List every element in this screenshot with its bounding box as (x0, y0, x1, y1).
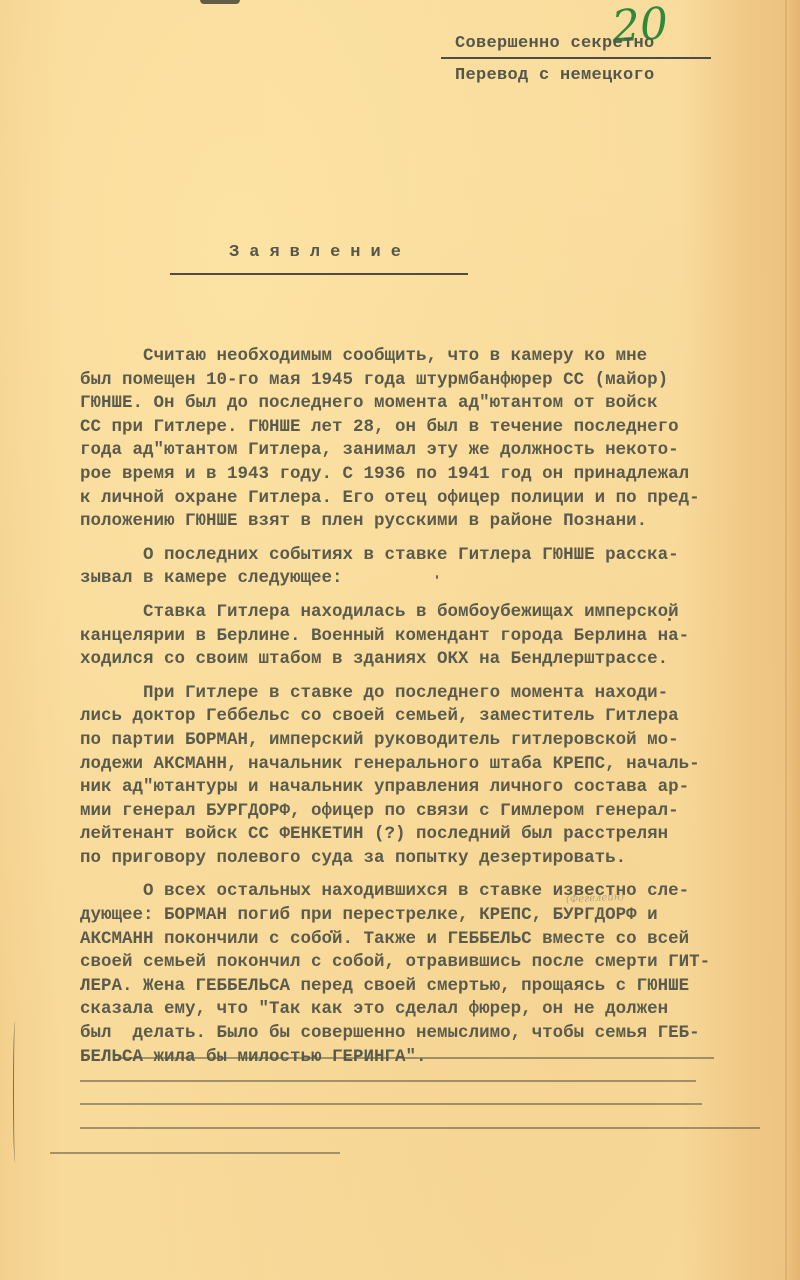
paragraph: О последних событиях в ставке Гитлера ГЮ… (80, 544, 795, 591)
paragraph: Ставка Гитлера находилась в бомбоубежища… (80, 601, 795, 672)
document-title: Заявление (170, 243, 470, 262)
text-line: рое время и в 1943 году. С 1936 по 1941 … (80, 463, 795, 487)
pencil-underline (80, 1127, 760, 1129)
text-line: дующее: БОРМАН погиб при перестрелке, КР… (80, 904, 795, 928)
document-body: Считаю необходимым сообщить, что в камер… (80, 345, 795, 1069)
pencil-underline (118, 1057, 714, 1059)
classification-stamp: Совершенно секретно (453, 32, 723, 56)
text-line: лись доктор Геббельс со своей семьей, за… (80, 705, 795, 729)
speck (330, 930, 333, 933)
text-line: сказала ему, что "Так как это сделал фюр… (80, 998, 795, 1022)
text-line: по приговору полевого суда за попытку де… (80, 847, 795, 871)
paragraph: О всех остальных находившихся в ставке и… (80, 880, 795, 1069)
paragraph-gap (80, 870, 795, 880)
text-line: положению ГЮНШЕ взят в плен русскими в р… (80, 510, 795, 534)
paragraph: Считаю необходимым сообщить, что в камер… (80, 345, 795, 534)
text-line: ходился со своим штабом в зданиях ОКХ на… (80, 648, 795, 672)
text-line: АКСМАНН покончили с собой. Также и ГЕББЕ… (80, 928, 795, 952)
paragraph-gap (80, 534, 795, 544)
speck (668, 618, 671, 621)
text-line: ГЮНШЕ. Он был до последнего момента ад"ю… (80, 392, 795, 416)
text-line: года ад"ютантом Гитлера, занимал эту же … (80, 439, 795, 463)
document-header: Совершенно секретно Перевод с немецкого (453, 32, 723, 85)
text-line: был делать. Было бы совершенно немыслимо… (80, 1022, 795, 1046)
translation-note: Перевод с немецкого (453, 66, 723, 85)
text-line: СС при Гитлере. ГЮНШЕ лет 28, он был в т… (80, 416, 795, 440)
text-line: лейтенант войск СС ФЕНКЕТИН (?) последни… (80, 823, 795, 847)
pencil-underline (80, 1080, 696, 1082)
text-line: ЛЕРА. Жена ГЕББЕЛЬСА перед своей смертью… (80, 975, 795, 999)
text-line: мии генерал БУРГДОРФ, офицер по связи с … (80, 800, 795, 824)
paragraph-gap (80, 672, 795, 682)
text-line: по партии БОРМАН, имперский руководитель… (80, 729, 795, 753)
text-line: О всех остальных находившихся в ставке и… (80, 880, 795, 904)
pencil-margin-line (13, 1022, 17, 1162)
paragraph-gap (80, 591, 795, 601)
classification-underline (441, 57, 711, 59)
text-line: своей семьей покончил с собой, отравивши… (80, 951, 795, 975)
text-line: Считаю необходимым сообщить, что в камер… (80, 345, 795, 369)
text-line: лодежи АКСМАНН, начальник генерального ш… (80, 753, 795, 777)
paragraph: При Гитлере в ставке до последнего момен… (80, 682, 795, 871)
title-underline (170, 273, 468, 275)
ink-smudge (200, 0, 240, 4)
text-line: ник ад"ютантуры и начальник управления л… (80, 776, 795, 800)
text-line: был помещен 10-го мая 1945 года штурмбан… (80, 369, 795, 393)
text-line: При Гитлере в ставке до последнего момен… (80, 682, 795, 706)
text-line: О последних событиях в ставке Гитлера ГЮ… (80, 544, 795, 568)
text-line: зывал в камере следующее: (80, 567, 795, 591)
speck (436, 575, 438, 579)
text-line: к личной охране Гитлера. Его отец офицер… (80, 487, 795, 511)
text-line: канцелярии в Берлине. Военный комендант … (80, 625, 795, 649)
text-line: Ставка Гитлера находилась в бомбоубежища… (80, 601, 795, 625)
pencil-underline (50, 1152, 340, 1154)
pencil-underline (80, 1103, 702, 1105)
